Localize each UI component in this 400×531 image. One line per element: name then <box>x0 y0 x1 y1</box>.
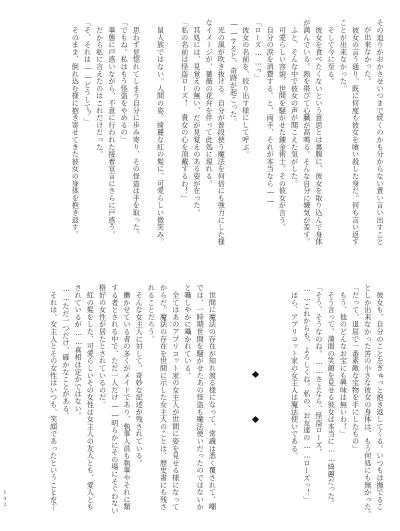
novel-page: その追りかおかさせいつまで続くのかも分からない責い言い出すこと が出来なかった。… <box>0 0 400 531</box>
dialogue-line: 「だって、退屈で一番素敵な宝物を手にしたもの」 <box>349 284 361 514</box>
text-line: 彼女の名前を、絞り出す様にして呼ぶ。 <box>240 19 252 247</box>
text-line: だから私に言えたのはこれだけだった。 <box>94 19 106 247</box>
page-number: 142 <box>2 490 8 508</box>
text-block-bottom: 彼女も、自分のことをぎゅっと抱き返してくる。いつもは撫でるこ としか出来なかった… <box>48 284 386 514</box>
dialogue-line: 「そ、それは――どうして？」 <box>81 19 93 247</box>
text-line: されているが……真相は定かではない。 <box>72 284 84 514</box>
text-line: そのまま、倒れ込む様に抱き寄せてきた彼女の身体を抱き返す。 <box>69 19 81 247</box>
text-line: 紅の髪をした、可愛らしいその女性は女主人の友人とも、愛人とも <box>84 284 96 514</box>
text-line: 鼠人族ではない。人間の姿。綺麗な紅の髪に、可愛らしい微笑み。 <box>154 19 166 247</box>
text-line: その追りかおかさせいつまで続くのかも分からない責い言い出すこと <box>374 19 386 247</box>
text-line: なイメージが、薔薇の花弁を伴って此処に現れる。 <box>203 19 215 247</box>
end-mark: ～了～ <box>49 492 58 512</box>
text-line: 自分の涙を消費する。と、両手、それが本当なら―― <box>264 19 276 247</box>
dialogue-line: 「私の名前は怪盗ローズ！ 貴女の心を頂戴するわ！」 <box>179 19 191 247</box>
text-line: 可愛らしい容貌。世間を騒がせた錬金術士。その彼女が言う。 <box>276 19 288 247</box>
dialogue-line: ……これからも、よろしくね。私の、お友達の……ローズっ！」 <box>301 284 313 514</box>
text-line: ことが出来なかった。 <box>337 19 349 247</box>
text-line: 全てはあのアプリコット家の女主人が世間に姿を見せる様になって <box>170 284 182 514</box>
text-line: からだ。魔法の存在を世間に示した女主人のことは、歴史書にも残さ <box>157 284 169 514</box>
text-line: では、一時期世間を騒がせたあの怪盗も魔法使いだったのではないか <box>194 284 206 514</box>
dialogue-line: 「そう、そうなのね。……さよなら、怪盗ローズ。 <box>313 284 325 514</box>
text-line: れることだろう。 <box>145 284 157 514</box>
text-line: それは、女主人とその女性はいつも、笑顔であったということだ。 <box>48 284 60 514</box>
text-line: する者とされる中で、ただ一人だけ――明らかにその場にそぐわない <box>109 284 121 514</box>
dialogue-line: 「ローズ……っ」 <box>252 19 264 247</box>
text-line: 思わず見惚れてしまう自分に歩み寄り、その怪盗は手を取った。 <box>130 19 142 247</box>
text-line: が出来なかった。 <box>362 19 374 247</box>
text-line: 其処には、見覚えの無い、だが見覚えのある姿が在った。 <box>191 19 203 247</box>
dialogue-line: もう、他のどんなお宝にも興味は無いわ！」 <box>337 284 349 514</box>
text-line: ほら、アプリコット家の女主人は魔法使いである。 <box>288 284 300 514</box>
text-line: そんな女主人に対して、奇妙な記述が残されている。 <box>133 284 145 514</box>
text-line: 彼女の言う通り。既に何度も彼女を喰い殺した身だ。何も言い返す <box>349 19 361 247</box>
text-line: ふと、そんな中で彼女の声が聞こえた気がした。 <box>288 19 300 247</box>
text-line: 事態に戸惑いながら、不意に行われた接着宣言にさらに戸惑う。 <box>106 19 118 247</box>
text-line: そう言って、満面の笑顔を見せる彼女は本当に……綺麗だった。 <box>325 284 337 514</box>
text-line: 働かせている者の多くがメイドであり、執事人員も執事やそれに類 <box>121 284 133 514</box>
text-line: 彼女を食べたくないという意思とは裏腹に、彼女を取り込んで身体 <box>313 19 325 247</box>
text-block-top: その追りかおかさせいつまで続くのかも分からない責い言い出すこと が出来なかった。… <box>69 19 386 247</box>
text-line: としか出来なかった筈の小さな彼女の身体は、もう何処にも無かった。 <box>362 284 374 514</box>
text-line: ……ただ一つだけ、確かなことがある。 <box>60 284 72 514</box>
text-line: 格好の女性が居たとされているのだ。 <box>96 284 108 514</box>
text-line: 彼女も、自分のことをぎゅっと抱き返してくる。いつもは撫でるこ <box>374 284 386 514</box>
text-line: が満んでいる。熱を帯びて心臓が高鳴る。そんな自分に嫌気が差す。 <box>301 19 313 247</box>
text-line: 世間に魔法の存在が知れ渡る様になって、常識は悉く覆されて、嘲 <box>206 284 218 514</box>
text-line: そして今に至る。 <box>325 19 337 247</box>
text-line: 光の風が吹き抜ける。自分が普段使う魔法を何倍にも強力にした様 <box>215 19 227 247</box>
text-line: ――すると、奇跡が起こった。 <box>227 19 239 247</box>
dialogue-line: 「でもね。私はもう怪盗をやめるの」 <box>118 19 130 247</box>
text-line: と囁しやかに囁かれている。 <box>182 284 194 514</box>
